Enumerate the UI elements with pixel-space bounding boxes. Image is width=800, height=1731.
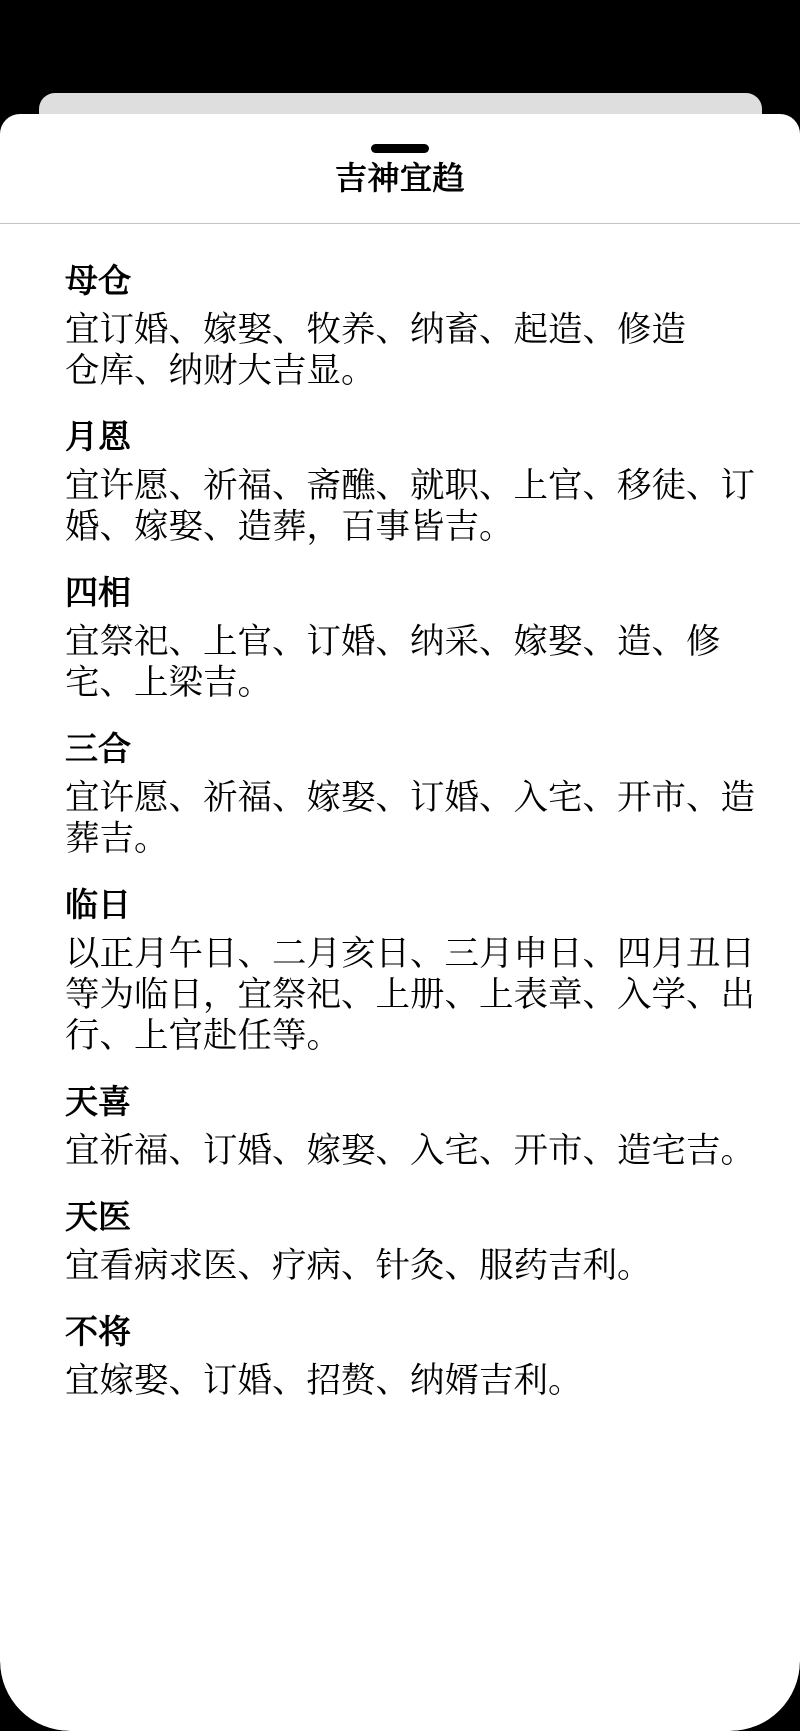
- section-title: 天医: [65, 1196, 765, 1237]
- section-text: 仓库、纳财大吉显。: [65, 351, 765, 392]
- screen: 吉神宜趋 母仓 宜订婚、嫁娶、牧养、纳畜、起造、修造 仓库、纳财大吉显。 月恩 …: [0, 0, 800, 1731]
- sheet-header: 吉神宜趋: [0, 114, 800, 224]
- section-text: 行、上官赴任等。: [65, 1016, 765, 1057]
- section-sixiang: 四相 宜祭祀、上官、订婚、纳采、嫁娶、造、修 宅、上梁吉。: [65, 572, 765, 704]
- section-tianyi: 天医 宜看病求医、疗病、针灸、服药吉利。: [65, 1196, 765, 1287]
- section-mucang: 母仓 宜订婚、嫁娶、牧养、纳畜、起造、修造 仓库、纳财大吉显。: [65, 260, 765, 392]
- section-text: 葬吉。: [65, 819, 765, 860]
- bottom-sheet: 吉神宜趋 母仓 宜订婚、嫁娶、牧养、纳畜、起造、修造 仓库、纳财大吉显。 月恩 …: [0, 114, 800, 1731]
- section-bujiang: 不将 宜嫁娶、订婚、招赘、纳婿吉利。: [65, 1311, 765, 1402]
- section-text: 以正月午日、二月亥日、三月申日、四月丑日: [65, 934, 765, 975]
- section-text: 宜许愿、祈福、嫁娶、订婚、入宅、开市、造: [65, 778, 765, 819]
- section-text: 宜祈福、订婚、嫁娶、入宅、开市、造宅吉。: [65, 1131, 765, 1172]
- section-title: 三合: [65, 728, 765, 769]
- section-text: 等为临日，宜祭祀、上册、上表章、入学、出: [65, 975, 765, 1016]
- section-sanhe: 三合 宜许愿、祈福、嫁娶、订婚、入宅、开市、造 葬吉。: [65, 728, 765, 860]
- section-text: 宜祭祀、上官、订婚、纳采、嫁娶、造、修: [65, 622, 765, 663]
- section-text: 宜订婚、嫁娶、牧养、纳畜、起造、修造: [65, 310, 765, 351]
- section-title: 临日: [65, 884, 765, 925]
- section-yueen: 月恩 宜许愿、祈福、斋醮、就职、上官、移徒、订 婚、嫁娶、造葬，百事皆吉。: [65, 416, 765, 548]
- section-text: 宜看病求医、疗病、针灸、服药吉利。: [65, 1246, 765, 1287]
- section-title: 天喜: [65, 1081, 765, 1122]
- drag-handle[interactable]: [371, 144, 429, 153]
- sheet-title: 吉神宜趋: [0, 158, 800, 198]
- section-text: 宜嫁娶、订婚、招赘、纳婿吉利。: [65, 1361, 765, 1402]
- deity-list: 母仓 宜订婚、嫁娶、牧养、纳畜、起造、修造 仓库、纳财大吉显。 月恩 宜许愿、祈…: [65, 260, 765, 1426]
- section-linri: 临日 以正月午日、二月亥日、三月申日、四月丑日 等为临日，宜祭祀、上册、上表章、…: [65, 884, 765, 1057]
- section-text: 宜许愿、祈福、斋醮、就职、上官、移徒、订: [65, 466, 765, 507]
- section-text: 婚、嫁娶、造葬，百事皆吉。: [65, 507, 765, 548]
- section-text: 宅、上梁吉。: [65, 663, 765, 704]
- section-title: 四相: [65, 572, 765, 613]
- section-title: 月恩: [65, 416, 765, 457]
- section-title: 母仓: [65, 260, 765, 301]
- section-tianxi: 天喜 宜祈福、订婚、嫁娶、入宅、开市、造宅吉。: [65, 1081, 765, 1172]
- section-title: 不将: [65, 1311, 765, 1352]
